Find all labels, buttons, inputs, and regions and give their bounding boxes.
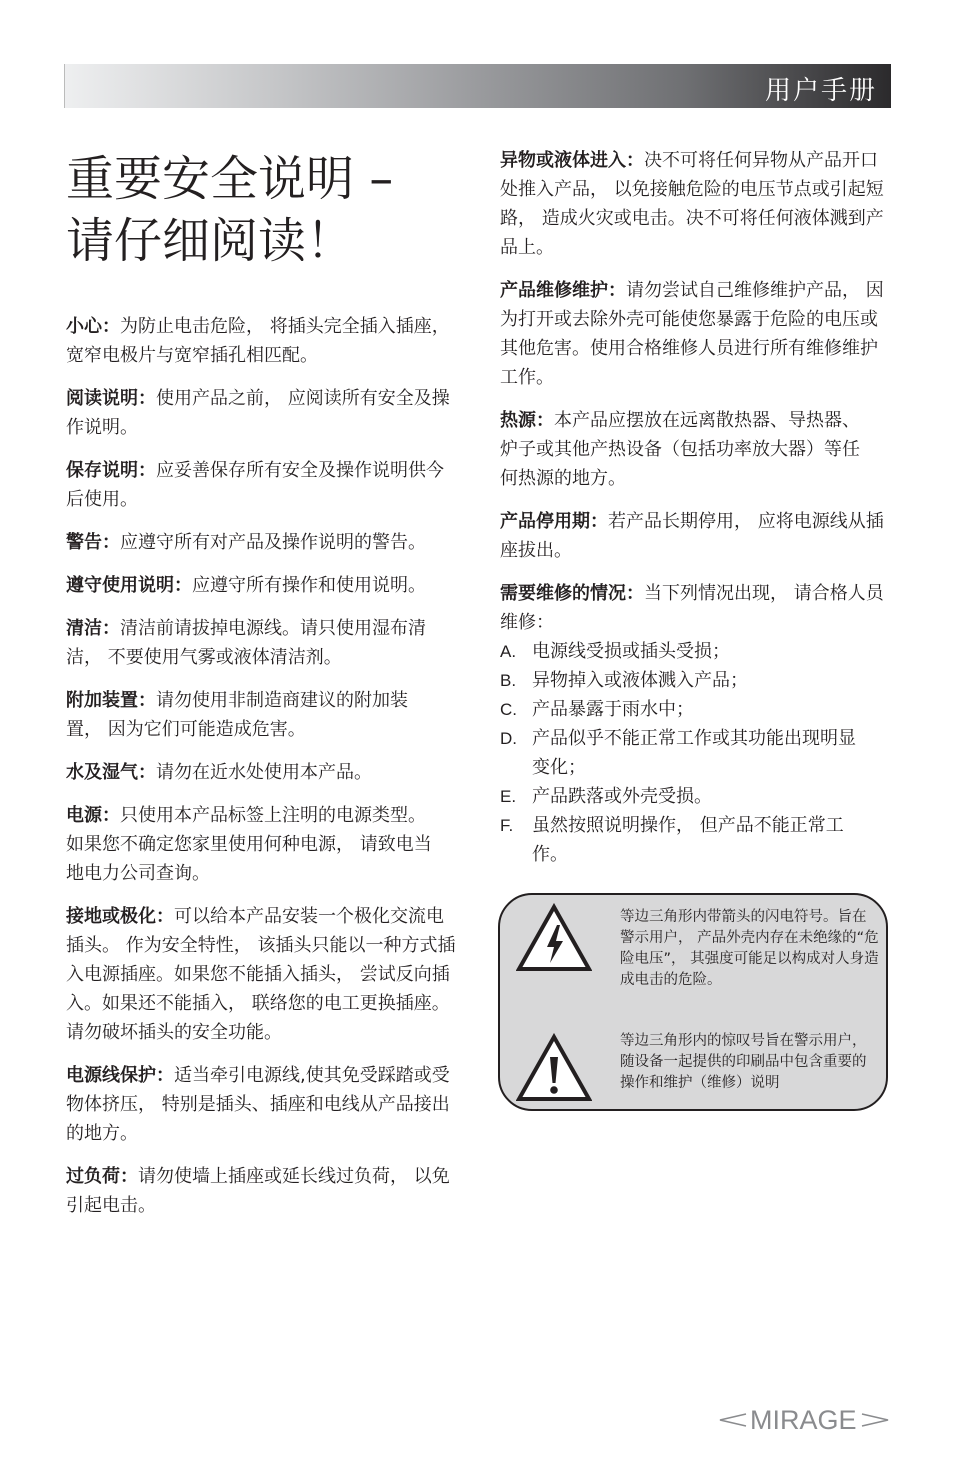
section-cleaning: 清洁：清洁前请拔掉电源线。请只使用湿布清洁， 不要使用气雾或液体清洁剂。 bbox=[66, 614, 458, 672]
section-body: 应遵守所有对产品及操作说明的警告。 bbox=[120, 532, 426, 553]
lightning-symbol-text: 等边三角形内带箭头的闪电符号。旨在警示用户， 产品外壳内存在未绝缘的“危险电压”… bbox=[620, 907, 880, 991]
mirage-logo: MIRAGE bbox=[716, 1403, 892, 1439]
section-heading: 过负荷： bbox=[66, 1166, 138, 1187]
section-object-liquid-entry: 异物或液体进入：决不可将任何异物从产品开口处推入产品， 以免接触危险的电压节点或… bbox=[500, 146, 892, 262]
section-body: 只使用本产品标签上注明的电源类型。如果您不确定您家里使用何种电源， 请致电当地电… bbox=[66, 805, 432, 884]
list-item: B.异物掉入或液体溅入产品； bbox=[500, 666, 860, 695]
section-heading: 异物或液体进入： bbox=[500, 150, 644, 171]
safety-symbols-box: 等边三角形内带箭头的闪电符号。旨在警示用户， 产品外壳内存在未绝缘的“危险电压”… bbox=[498, 893, 888, 1111]
header-bar: 用户手册 bbox=[64, 64, 891, 108]
section-attachments: 附加装置：请勿使用非制造商建议的附加装置， 因为它们可能造成危害。 bbox=[66, 686, 441, 744]
section-body: 请勿在近水处使用本产品。 bbox=[156, 762, 372, 783]
list-marker: B. bbox=[500, 666, 516, 695]
list-marker: C. bbox=[500, 695, 517, 724]
section-heading: 电源线保护： bbox=[66, 1065, 174, 1086]
exclamation-symbol-text: 等边三角形内的惊叹号旨在警示用户， 随设备一起提供的印刷品中包含重要的操作和维护… bbox=[620, 1031, 880, 1094]
section-body: 本产品应摆放在远离散热器、导热器、炉子或其他产热设备（包括功率放大器）等任何热源… bbox=[500, 410, 860, 489]
header-title: 用户手册 bbox=[765, 70, 877, 107]
section-body: 为防止电击危险， 将插头完全插入插座， 宽窄电极片与宽窄插孔相匹配。 bbox=[66, 316, 450, 366]
section-power-cord-protection: 电源线保护：适当牵引电源线,使其免受踩踏或受物体挤压， 特别是插头、插座和电线从… bbox=[66, 1061, 458, 1148]
section-heading: 产品停用期： bbox=[500, 511, 608, 532]
list-text: 产品似乎不能正常工作或其功能出现明显变化； bbox=[532, 728, 856, 778]
section-body: 清洁前请拔掉电源线。请只使用湿布清洁， 不要使用气雾或液体清洁剂。 bbox=[66, 618, 426, 668]
section-follow-instructions: 遵守使用说明：应遵守所有操作和使用说明。 bbox=[66, 571, 441, 600]
lightning-triangle-icon bbox=[516, 903, 592, 973]
page-title-line-2: 请仔细阅读！ bbox=[66, 210, 486, 272]
service-conditions-list: A.电源线受损或插头受损； B.异物掉入或液体溅入产品； C.产品暴露于雨水中；… bbox=[500, 637, 860, 869]
section-heading: 阅读说明： bbox=[66, 388, 156, 409]
list-text: 产品跌落或外壳受损。 bbox=[532, 786, 712, 807]
section-warnings: 警告：应遵守所有对产品及操作说明的警告。 bbox=[66, 528, 426, 557]
list-marker: A. bbox=[500, 637, 516, 666]
section-grounding: 接地或极化：可以给本产品安装一个极化交流电插头。 作为安全特性， 该插头只能以一… bbox=[66, 902, 458, 1047]
section-heading: 附加装置： bbox=[66, 690, 156, 711]
section-caution: 小心：为防止电击危险， 将插头完全插入插座， 宽窄电极片与宽窄插孔相匹配。 bbox=[66, 312, 458, 370]
section-servicing: 产品维修维护：请勿尝试自己维修维护产品， 因为打开或去除外壳可能使您暴露于危险的… bbox=[500, 276, 892, 392]
section-heading: 警告： bbox=[66, 532, 120, 553]
page-title: 重要安全说明 – 请仔细阅读！ bbox=[66, 148, 486, 272]
section-heading: 遵守使用说明： bbox=[66, 575, 192, 596]
section-heading: 小心： bbox=[66, 316, 120, 337]
right-column: 异物或液体进入：决不可将任何异物从产品开口处推入产品， 以免接触危险的电压节点或… bbox=[500, 146, 892, 869]
section-heading: 清洁： bbox=[66, 618, 120, 639]
section-water-moisture: 水及湿气：请勿在近水处使用本产品。 bbox=[66, 758, 458, 787]
list-marker: E. bbox=[500, 782, 516, 811]
list-item: D.产品似乎不能正常工作或其功能出现明显变化； bbox=[500, 724, 860, 782]
list-text: 虽然按照说明操作， 但产品不能正常工作。 bbox=[532, 815, 844, 865]
section-heading: 产品维修维护： bbox=[500, 280, 626, 301]
section-nonuse-periods: 产品停用期：若产品长期停用， 应将电源线从插座拔出。 bbox=[500, 507, 892, 565]
list-text: 异物掉入或液体溅入产品； bbox=[532, 670, 748, 691]
section-heading: 保存说明： bbox=[66, 460, 156, 481]
page-title-line-1: 重要安全说明 – bbox=[66, 148, 486, 210]
section-heat: 热源：本产品应摆放在远离散热器、导热器、炉子或其他产热设备（包括功率放大器）等任… bbox=[500, 406, 875, 493]
exclamation-triangle-icon bbox=[516, 1033, 592, 1103]
list-item: A.电源线受损或插头受损； bbox=[500, 637, 860, 666]
section-heading: 水及湿气： bbox=[66, 762, 156, 783]
section-read-instructions: 阅读说明：使用产品之前， 应阅读所有安全及操作说明。 bbox=[66, 384, 458, 442]
section-retain-instructions: 保存说明：应妥善保存所有安全及操作说明供今后使用。 bbox=[66, 456, 458, 514]
logo-text: MIRAGE bbox=[750, 1405, 857, 1436]
section-heading: 需要维修的情况： bbox=[500, 583, 644, 604]
section-body: 应遵守所有操作和使用说明。 bbox=[192, 575, 426, 596]
list-item: F.虽然按照说明操作， 但产品不能正常工作。 bbox=[500, 811, 860, 869]
list-text: 电源线受损或插头受损； bbox=[532, 641, 730, 662]
list-marker: F. bbox=[500, 811, 513, 840]
section-heading: 电源： bbox=[66, 805, 120, 826]
section-heading: 热源： bbox=[500, 410, 554, 431]
section-overloading: 过负荷：请勿使墙上插座或延长线过负荷， 以免引起电击。 bbox=[66, 1162, 458, 1220]
list-item: E.产品跌落或外壳受损。 bbox=[500, 782, 860, 811]
left-column: 小心：为防止电击危险， 将插头完全插入插座， 宽窄电极片与宽窄插孔相匹配。 阅读… bbox=[66, 312, 458, 1234]
list-marker: D. bbox=[500, 724, 517, 753]
list-item: C.产品暴露于雨水中； bbox=[500, 695, 860, 724]
section-damage-requiring-service: 需要维修的情况：当下列情况出现， 请合格人员维修： bbox=[500, 579, 892, 637]
section-heading: 接地或极化： bbox=[66, 906, 174, 927]
section-power-sources: 电源：只使用本产品标签上注明的电源类型。如果您不确定您家里使用何种电源， 请致电… bbox=[66, 801, 441, 888]
list-text: 产品暴露于雨水中； bbox=[532, 699, 694, 720]
